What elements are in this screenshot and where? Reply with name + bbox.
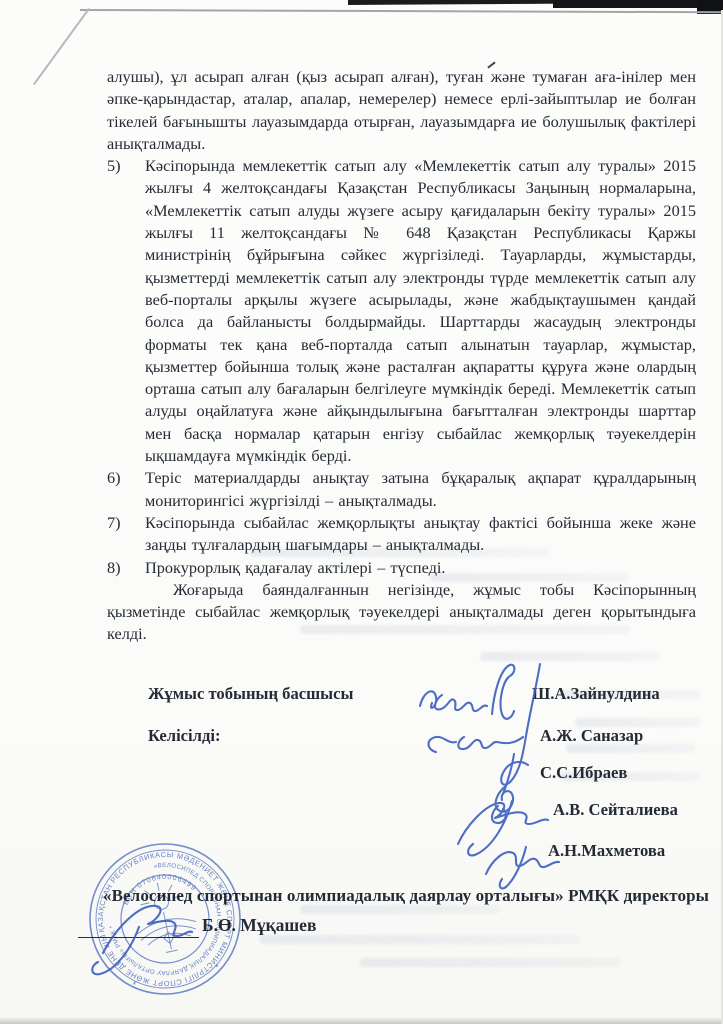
signatory-name: А.Н.Махметова [548, 841, 665, 861]
list-item-text: Прокурорлық қадағалау актілері – түспеді… [145, 558, 445, 577]
paper-corner-fold-line [33, 8, 90, 85]
signature-zaynuldina-flourish [492, 665, 514, 719]
official-round-stamp: ҚАЗАҚСТАН РЕСПУБЛИКАСЫ МӘДЕНИЕТ ЖӘНЕ СПО… [71, 825, 258, 1012]
list-item-8: 8)Прокурорлық қадағалау актілері – түспе… [107, 557, 696, 579]
signatory-name: Ш.А.Зайнулдина [532, 684, 660, 704]
paragraph-item4-continuation: алушы), ұл асырап алған (қыз асырап алға… [107, 66, 696, 155]
list-number: 5) [107, 155, 145, 177]
list-item-text: Теріс материалдарды анықтау затына бұқар… [145, 468, 696, 509]
list-number: 7) [107, 512, 145, 534]
list-number: 6) [107, 467, 145, 489]
document-body: алушы), ұл асырап алған (қыз асырап алға… [107, 66, 696, 646]
bleed-through-artifact [260, 935, 580, 944]
list-number: 8) [107, 557, 145, 579]
signature-ibraev [496, 754, 514, 812]
signature-seytalieva [458, 803, 548, 844]
scan-edge-artifact [0, 1017, 723, 1024]
bleed-through-artifact [360, 958, 620, 967]
signature-sanazar-loop [501, 664, 540, 785]
signature-ibraev-loop [492, 806, 506, 823]
list-item-7: 7)Кәсіпорында сыбайлас жемқорлықты анықт… [107, 512, 696, 557]
stamp-asterisk: * [214, 962, 220, 973]
bleed-through-artifact [480, 652, 660, 661]
working-group-head-label: Жұмыс тобының басшысы [148, 684, 353, 704]
signature-makhmetova-tail [500, 847, 526, 888]
paper-edge-line [80, 9, 723, 13]
signature-seytalieva-tail [468, 801, 512, 855]
bleed-through-artifact [300, 905, 500, 914]
list-item-text: Кәсіпорында сыбайлас жемқорлықты анықтау… [145, 513, 696, 554]
list-item-5: 5)Кәсіпорында мемлекеттік сатып алу «Мем… [107, 155, 696, 467]
list-item-6: 6)Теріс материалдарды анықтау затына бұқ… [107, 467, 696, 512]
conclusion-paragraph: Жоғарыда баяндалғаннын негізінде, жұмыс … [107, 579, 696, 646]
scanned-document-page: алушы), ұл асырап алған (қыз асырап алға… [0, 0, 723, 1024]
agreed-label: Келісілді: [148, 726, 221, 746]
signatory-name: А.В. Сейталиева [553, 800, 678, 820]
signatory-name: А.Ж. Саназар [540, 726, 643, 746]
signature-zaynuldina [420, 691, 487, 711]
list-item-text: Кәсіпорында мемлекеттік сатып алу «Мемле… [145, 156, 696, 465]
signature-sanazar [428, 737, 523, 752]
signatory-name: С.С.Ибраев [540, 763, 627, 783]
